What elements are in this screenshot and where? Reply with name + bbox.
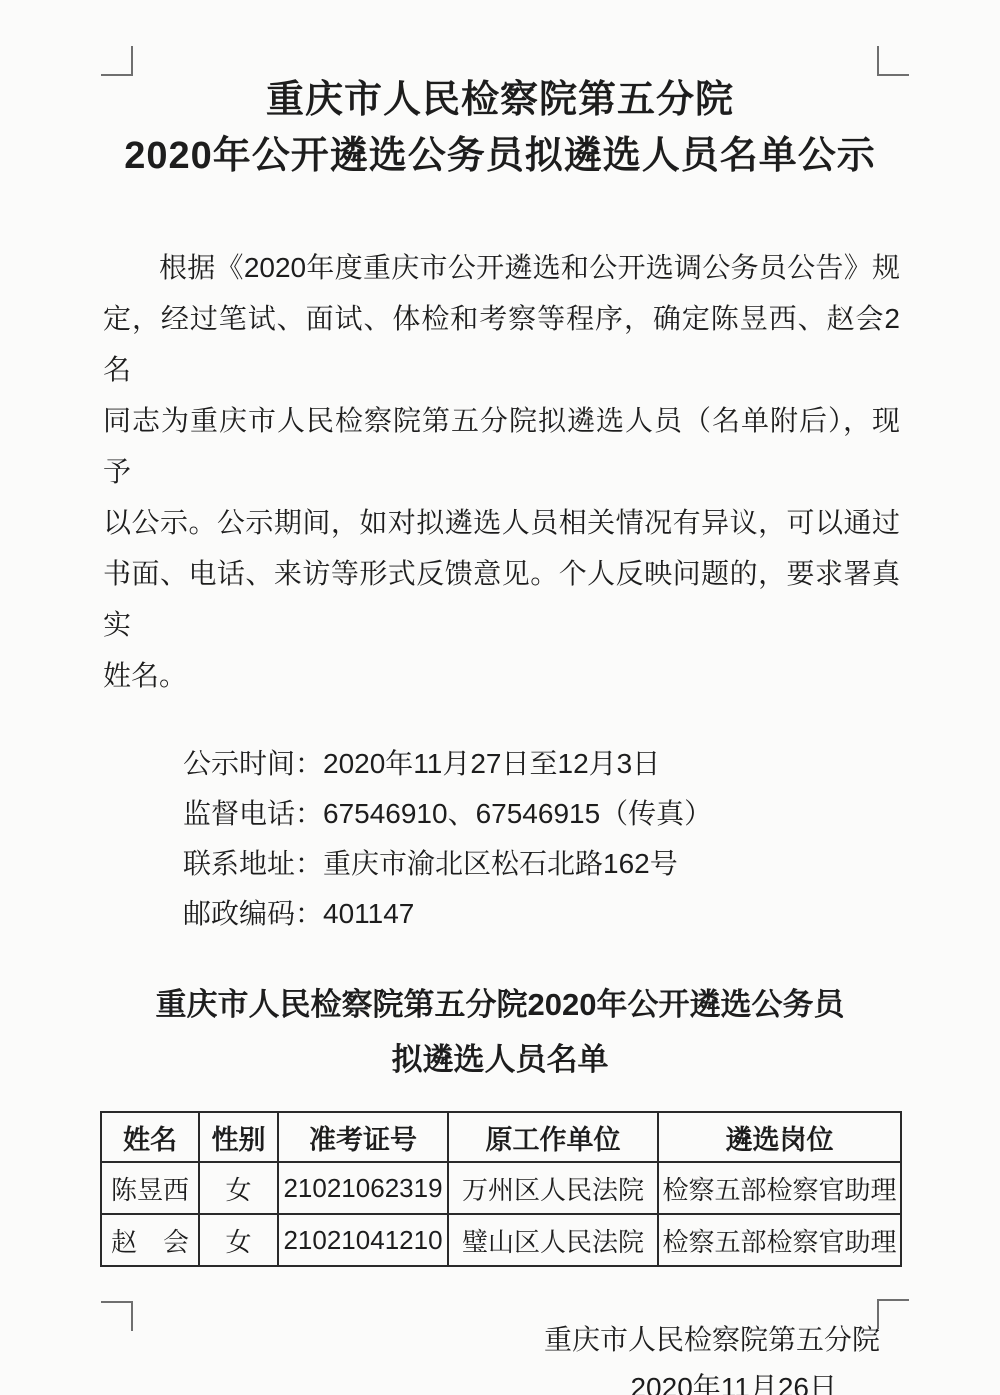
signature-org: 重庆市人民检察院第五分院	[0, 1325, 1000, 1355]
roster-title-line2: 拟遴选人员名单	[0, 1032, 1000, 1087]
contact-item-address: 联系地址：重庆市渝北区松石北路162号	[183, 839, 900, 889]
corner-mark-top-right	[877, 46, 909, 76]
body-paragraph-line: 同志为重庆市人民检察院第五分院拟遴选人员（名单附后），现予	[103, 395, 900, 497]
contact-item-postcode: 邮政编码：401147	[183, 889, 900, 939]
table-row: 陈昱西 女 21021062319 万州区人民法院 检察五部检察官助理	[101, 1162, 901, 1214]
cell-former-unit: 璧山区人民法院	[448, 1214, 658, 1266]
cell-gender: 女	[199, 1214, 278, 1266]
contact-block: 公示时间：2020年11月27日至12月3日 监督电话：67546910、675…	[183, 739, 900, 939]
cell-exam-number: 21021062319	[278, 1162, 448, 1214]
cell-gender: 女	[199, 1162, 278, 1214]
signature-block: 重庆市人民检察院第五分院 2020年11月26日	[0, 1325, 1000, 1395]
corner-mark-top-left	[101, 46, 133, 76]
body-paragraph-line: 以公示。公示期间，如对拟遴选人员相关情况有异议，可以通过	[103, 497, 900, 548]
roster-title: 重庆市人民检察院第五分院2020年公开遴选公务员 拟遴选人员名单	[0, 977, 1000, 1087]
cell-name: 赵 会	[101, 1214, 199, 1266]
cell-exam-number: 21021041210	[278, 1214, 448, 1266]
body-paragraph-line: 根据《2020年度重庆市公开遴选和公开选调公务员公告》规	[103, 242, 900, 293]
document-page: 重庆市人民检察院第五分院 2020年公开遴选公务员拟遴选人员名单公示 根据《20…	[0, 0, 1000, 1395]
body-paragraph: 根据《2020年度重庆市公开遴选和公开选调公务员公告》规 定，经过笔试、面试、体…	[103, 242, 900, 701]
roster-title-line1: 重庆市人民检察院第五分院2020年公开遴选公务员	[0, 977, 1000, 1032]
contact-item-phone: 监督电话：67546910、67546915（传真）	[183, 789, 900, 839]
corner-mark-bottom-left	[101, 1301, 133, 1331]
column-header-former-unit: 原工作单位	[448, 1112, 658, 1162]
cell-position: 检察五部检察官助理	[658, 1214, 901, 1266]
column-header-position: 遴选岗位	[658, 1112, 901, 1162]
body-paragraph-line: 定，经过笔试、面试、体检和考察等程序，确定陈昱西、赵会2名	[103, 293, 900, 395]
body-paragraph-line: 姓名。	[103, 650, 900, 701]
cell-name: 陈昱西	[101, 1162, 199, 1214]
corner-mark-bottom-right	[877, 1299, 909, 1329]
body-paragraph-line: 书面、电话、来访等形式反馈意见。个人反映问题的，要求署真实	[103, 548, 900, 650]
document-title-line2: 2020年公开遴选公务员拟遴选人员名单公示	[0, 128, 1000, 184]
cell-former-unit: 万州区人民法院	[448, 1162, 658, 1214]
cell-position: 检察五部检察官助理	[658, 1162, 901, 1214]
document-title-line1: 重庆市人民检察院第五分院	[0, 72, 1000, 128]
signature-date: 2020年11月26日	[0, 1373, 1000, 1395]
table-header-row: 姓名 性别 准考证号 原工作单位 遴选岗位	[101, 1112, 901, 1162]
document-title: 重庆市人民检察院第五分院 2020年公开遴选公务员拟遴选人员名单公示	[0, 0, 1000, 184]
column-header-exam-number: 准考证号	[278, 1112, 448, 1162]
table-row: 赵 会 女 21021041210 璧山区人民法院 检察五部检察官助理	[101, 1214, 901, 1266]
column-header-name: 姓名	[101, 1112, 199, 1162]
roster-table: 姓名 性别 准考证号 原工作单位 遴选岗位 陈昱西 女 21021062319 …	[100, 1111, 902, 1267]
contact-item-publicity-period: 公示时间：2020年11月27日至12月3日	[183, 739, 900, 789]
column-header-gender: 性别	[199, 1112, 278, 1162]
